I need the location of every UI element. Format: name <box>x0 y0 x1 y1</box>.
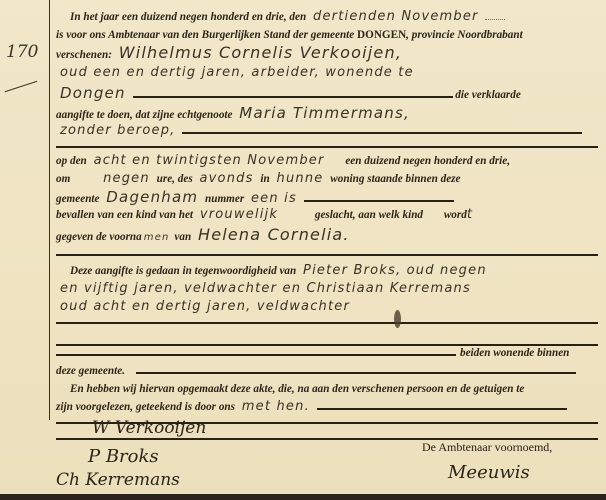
scanned-record-page: 170 In het jaar een duizend negen honder… <box>0 0 606 500</box>
signature-declarant: W Verkooijen <box>92 418 206 438</box>
mother-name: Maria Timmermans, <box>239 104 410 122</box>
birth-date: acht en twintigsten November <box>94 153 325 168</box>
declarant-name: Wilhelmus Cornelis Verkooijen, <box>119 43 402 62</box>
sex: vrouwelijk <box>200 207 278 222</box>
signature-witness-2: Ch Kerremans <box>56 470 180 490</box>
record-line-14: en vijftig jaren, veldwachter en Christi… <box>56 280 598 298</box>
signature-witness-1: P Broks <box>88 446 159 467</box>
margin-stroke <box>5 81 38 92</box>
record-line-16: beiden wonende binnen <box>460 344 598 362</box>
witness-1: Pieter Broks, oud negen <box>303 263 487 278</box>
record-line-7: zonder beroep, <box>56 122 598 140</box>
signature-official: Meeuwis <box>448 462 530 483</box>
municipality: DONGEN <box>357 29 406 41</box>
divider <box>56 254 598 256</box>
divider <box>56 146 598 148</box>
official-label: De Ambtenaar voornoemd, <box>422 440 552 455</box>
record-line-15: oud acht en dertig jaren, veldwachter <box>56 298 598 316</box>
record-line-6: aangifte te doen, dat zijne echtgenoote … <box>56 104 598 122</box>
record-line-8: op den acht en twintigsten November een … <box>56 152 598 170</box>
record-line-19: zijn voorgelezen, geteekend is door ons … <box>56 398 598 416</box>
divider <box>56 354 456 356</box>
record-line-13: Deze aangifte is gedaan in tegenwoordigh… <box>70 262 598 280</box>
record-line-18: En hebben wij hiervan opgemaakt deze akt… <box>70 380 598 398</box>
record-line-11: bevallen van een kind van het vrouwelijk… <box>56 206 598 224</box>
record-line-2: is voor ons Ambtenaar van den Burgerlijk… <box>56 26 598 44</box>
record-line-4: oud een en dertig jaren, arbeider, wonen… <box>56 64 598 82</box>
record-line-3: verschenen: Wilhelmus Cornelis Verkooije… <box>56 44 598 62</box>
record-line-17: deze gemeente. <box>56 362 598 380</box>
witness-2: en vijftig jaren, veldwachter en Christi… <box>60 281 471 296</box>
record-line-10: gemeente Dagenham nummer een is <box>56 188 598 206</box>
scan-edge <box>0 494 606 500</box>
record-line-12: gegeven de voornamen van Helena Cornelia… <box>56 226 598 244</box>
record-line-9: om negen ure, des avonds in hunne woning… <box>56 170 598 188</box>
record-number: 170 <box>6 42 38 62</box>
record-line-5: Dongen die verklaarde <box>56 84 598 102</box>
margin-rule <box>49 0 50 420</box>
record-line-1: In het jaar een duizend negen honderd en… <box>70 8 598 26</box>
child-name: Helena Cornelia. <box>198 225 350 244</box>
ink-blot <box>394 310 401 328</box>
handwritten-date: dertienden November <box>313 9 479 24</box>
divider <box>56 322 598 324</box>
